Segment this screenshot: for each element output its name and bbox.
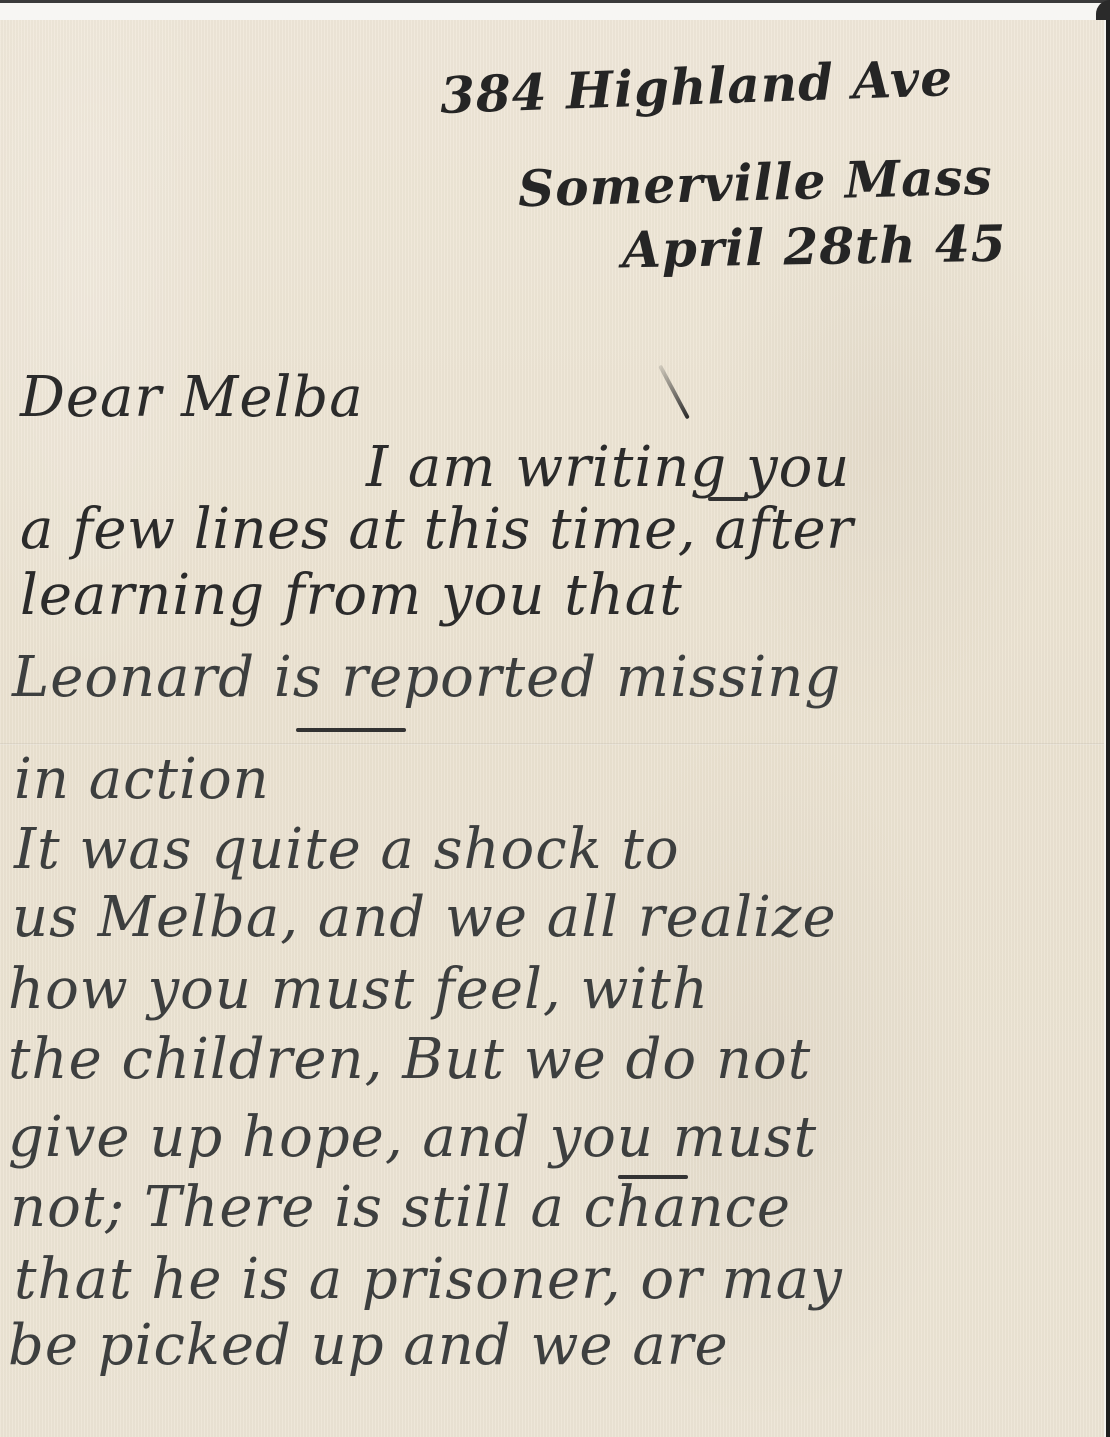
letter-date: April 28th 45 [622, 219, 1007, 276]
body-line-11: not; There is still a chance [10, 1180, 791, 1236]
underline-is [296, 728, 406, 732]
paper-fold-line [0, 743, 1104, 745]
scanner-top-edge [0, 0, 1110, 3]
body-line-2: a few lines at this time, after [20, 502, 853, 558]
body-line-8: how you must feel, with [8, 962, 709, 1018]
body-line-13: be picked up and we are [8, 1318, 729, 1374]
body-line-6: It was quite a shock to [14, 822, 680, 878]
body-line-9: the children, But we do not [8, 1032, 811, 1088]
body-line-1: I am writing you [366, 440, 850, 496]
body-line-7: us Melba, and we all realize [12, 890, 837, 946]
scanned-letter-page: 384 Highland Ave Somerville Mass April 2… [0, 0, 1110, 1437]
body-line-5: in action [14, 752, 270, 808]
scanner-right-edge [1104, 20, 1110, 1437]
body-line-10: give up hope, and you must [8, 1110, 817, 1166]
address-line-2: Somerville Mass [517, 152, 993, 214]
salutation: Dear Melba [20, 370, 364, 426]
body-line-3: learning from you that [20, 568, 683, 624]
body-line-12: that he is a prisoner, or may [14, 1252, 843, 1308]
body-line-4: Leonard is reported missing [12, 650, 841, 706]
